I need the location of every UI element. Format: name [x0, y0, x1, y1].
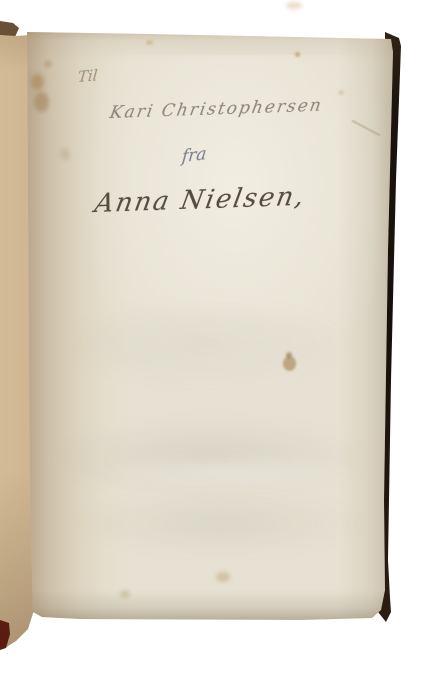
flyleaf-page: Til Kari Christophersen fra Anna Nielsen…: [0, 0, 442, 700]
book-photo: Til Kari Christophersen fra Anna Nielsen…: [0, 0, 442, 700]
inscription-til: Til: [77, 66, 98, 86]
inscription-fra: fra: [181, 144, 207, 167]
foxing-spot: [146, 40, 153, 45]
foxing-spot: [216, 572, 230, 582]
paper-wave: [90, 452, 370, 494]
foxing-spot: [338, 90, 344, 95]
paper-wave: [70, 488, 370, 558]
foxing-spot: [295, 52, 300, 57]
foxing-spot: [31, 74, 44, 90]
foxing-spot: [60, 148, 70, 160]
foxing-spot: [286, 352, 292, 358]
page-bottom-shadow: [28, 590, 390, 620]
foxing-spot: [44, 60, 52, 68]
foxing-spot: [283, 356, 296, 371]
paper-wave: [55, 295, 355, 390]
foxing-spot: [120, 590, 130, 598]
background-stain: [286, 2, 302, 9]
foxing-spot: [34, 92, 49, 112]
